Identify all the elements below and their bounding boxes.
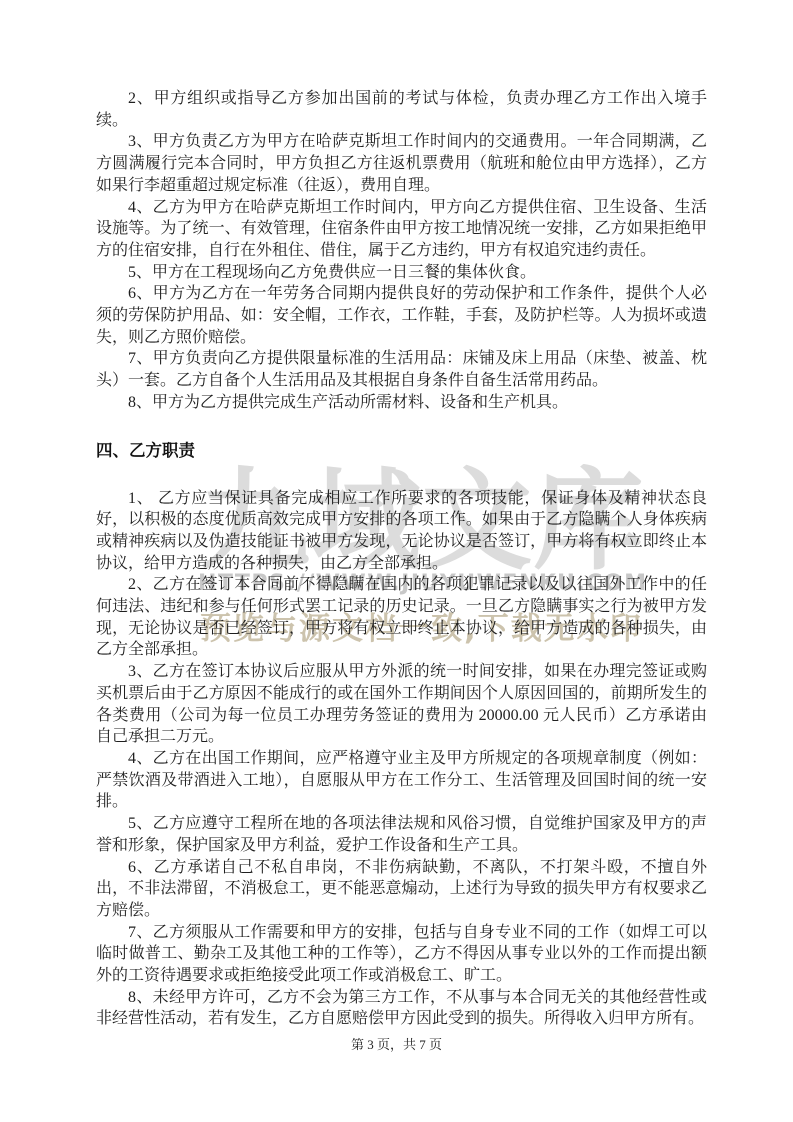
contract-body: 2、甲方组织或指导乙方参加出国前的考试与体检，负责办理乙方工作出入境手续。 3、… — [96, 88, 707, 1030]
contract-paragraph: 8、未经甲方许可，乙方不会为第三方工作，不从事与本合同无关的其他经营性或非经营性… — [96, 987, 707, 1030]
contract-paragraph: 7、甲方负责向乙方提供限量标准的生活用品：床铺及床上用品（床垫、被盖、枕头）一套… — [96, 348, 707, 391]
document-page: 九域文库 HTTPS://WWW.JIUYUWENKU.COM 预览与源文档一致… — [0, 0, 793, 1122]
contract-paragraph: 4、乙方为甲方在哈萨克斯坦工作时间内，甲方向乙方提供住宿、卫生设备、生活设施等。… — [96, 197, 707, 262]
page-number: 第 3 页，共 7 页 — [0, 1036, 793, 1054]
contract-paragraph: 6、乙方承诺自己不私自串岗，不非伤病缺勤，不离队，不打架斗殴，不擅自外出，不非法… — [96, 857, 707, 922]
contract-paragraph: 1、 乙方应当保证具备完成相应工作所要求的各项技能，保证身体及精神状态良好，以积… — [96, 488, 707, 575]
contract-paragraph: 3、甲方负责乙方为甲方在哈萨克斯坦工作时间内的交通费用。一年合同期满，乙方圆满履… — [96, 131, 707, 196]
contract-paragraph: 5、乙方应遵守工程所在地的各项法律法规和风俗习惯，自觉维护国家及甲方的声誉和形象… — [96, 813, 707, 856]
contract-paragraph: 7、乙方须服从工作需要和甲方的安排，包括与自身专业不同的工作（如焊工可以临时做普… — [96, 922, 707, 987]
section-heading: 四、乙方职责 — [96, 440, 707, 462]
contract-paragraph: 6、甲方为乙方在一年劳务合同期内提供良好的劳动保护和工作条件，提供个人必须的劳保… — [96, 283, 707, 348]
contract-paragraph: 3、乙方在签订本协议后应服从甲方外派的统一时间安排，如果在办理完签证或购买机票后… — [96, 661, 707, 748]
contract-paragraph: 4、乙方在出国工作期间，应严格遵守业主及甲方所规定的各项规章制度（例如：严禁饮酒… — [96, 748, 707, 813]
contract-paragraph: 2、乙方在签订本合同前不得隐瞒在国内的各项犯罪记录以及以往国外工作中的任何违法、… — [96, 574, 707, 661]
contract-paragraph: 5、甲方在工程现场向乙方免费供应一日三餐的集体伙食。 — [96, 262, 707, 284]
contract-paragraph: 2、甲方组织或指导乙方参加出国前的考试与体检，负责办理乙方工作出入境手续。 — [96, 88, 707, 131]
contract-paragraph: 8、甲方为乙方提供完成生产活动所需材料、设备和生产机具。 — [96, 392, 707, 414]
